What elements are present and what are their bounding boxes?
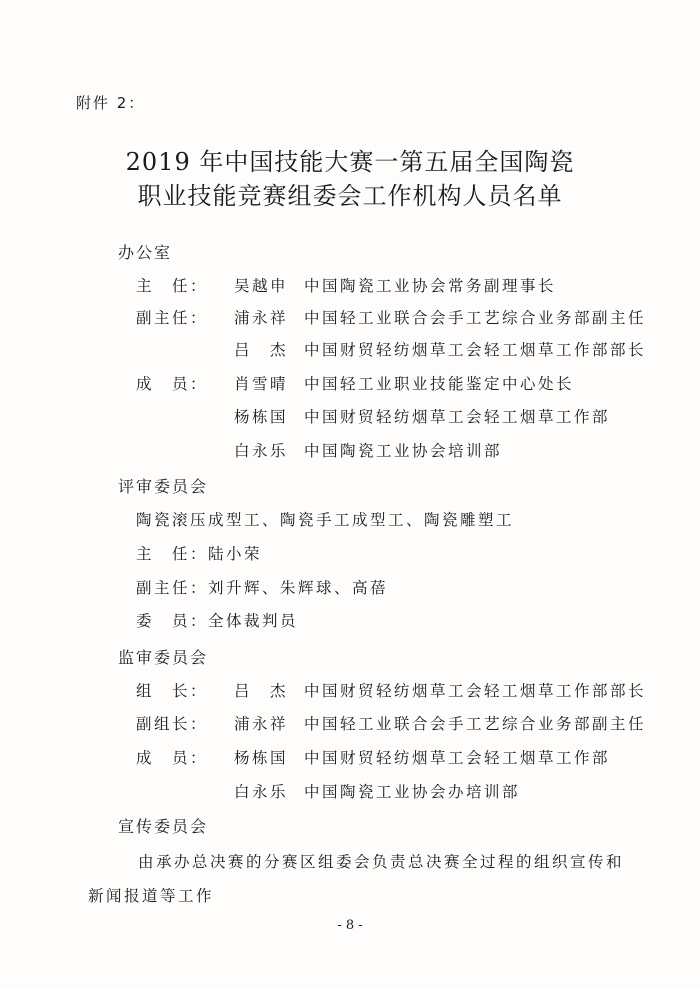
person-name: 白永乐 [234,780,304,802]
page-number: - 8 - [0,918,700,933]
review-members: 委 员：全体裁判员 [136,609,298,631]
office-row: 杨栋国中国财贸轻纺烟草工会轻工烟草工作部 [136,405,610,427]
organization: 中国财贸轻纺烟草工会轻工烟草工作部部长 [304,338,646,360]
person-name: 吕 杰 [234,338,304,360]
supervision-row: 成 员：杨栋国中国财贸轻纺烟草工会轻工烟草工作部 [136,746,610,768]
person-name: 杨栋国 [234,405,304,427]
organization: 中国轻工业职业技能鉴定中心处长 [304,372,574,394]
role-label: 副主任： [136,306,234,328]
role-label: 组 长： [136,679,234,701]
office-row: 副主任：浦永祥中国轻工业联合会手工艺综合业务部副主任 [136,306,646,328]
supervision-row: 副组长：浦永祥中国轻工业联合会手工艺综合业务部副主任 [136,712,646,734]
section-heading-review: 评审委员会 [118,474,208,497]
organization: 中国陶瓷工业协会培训部 [304,439,502,461]
role-label: 成 员： [136,746,234,768]
office-row: 白永乐中国陶瓷工业协会培训部 [136,439,502,461]
document-title-line1: 2019 年中国技能大赛一第五届全国陶瓷 [0,142,700,177]
organization: 中国陶瓷工业协会办培训部 [304,780,520,802]
attachment-label: 附件 2： [76,92,145,113]
publicity-text-line2: 新闻报道等工作 [88,884,214,906]
organization: 中国陶瓷工业协会常务副理事长 [304,274,556,296]
supervision-row: 白永乐中国陶瓷工业协会办培训部 [136,780,520,802]
supervision-row: 组 长：吕 杰中国财贸轻纺烟草工会轻工烟草工作部部长 [136,679,646,701]
person-name: 杨栋国 [234,746,304,768]
role-label: 副组长： [136,712,234,734]
person-name: 浦永祥 [234,306,304,328]
review-deputy: 副主任：刘升辉、朱辉球、高蓓 [136,576,388,598]
role-label: 成 员： [136,372,234,394]
organization: 中国轻工业联合会手工艺综合业务部副主任 [304,306,646,328]
organization: 中国财贸轻纺烟草工会轻工烟草工作部部长 [304,679,646,701]
person-name: 浦永祥 [234,712,304,734]
document-title-line2: 职业技能竞赛组委会工作机构人员名单 [0,176,700,211]
review-trades: 陶瓷滚压成型工、陶瓷手工成型工、陶瓷雕塑工 [136,508,514,530]
office-row: 成 员：肖雪晴中国轻工业职业技能鉴定中心处长 [136,372,574,394]
publicity-text-line1: 由承办总决赛的分赛区组委会负责总决赛全过程的组织宣传和 [138,850,624,872]
person-name: 肖雪晴 [234,372,304,394]
section-heading-publicity: 宣传委员会 [118,814,208,837]
office-row: 主 任：吴越申中国陶瓷工业协会常务副理事长 [136,274,556,296]
section-heading-office: 办公室 [118,240,172,263]
section-heading-supervision: 监审委员会 [118,645,208,668]
role-label: 主 任： [136,274,234,296]
person-name: 吴越申 [234,274,304,296]
person-name: 吕 杰 [234,679,304,701]
office-row: 吕 杰中国财贸轻纺烟草工会轻工烟草工作部部长 [136,338,646,360]
organization: 中国轻工业联合会手工艺综合业务部副主任 [304,712,646,734]
person-name: 白永乐 [234,439,304,461]
organization: 中国财贸轻纺烟草工会轻工烟草工作部 [304,405,610,427]
review-director: 主 任：陆小荣 [136,542,262,564]
organization: 中国财贸轻纺烟草工会轻工烟草工作部 [304,746,610,768]
